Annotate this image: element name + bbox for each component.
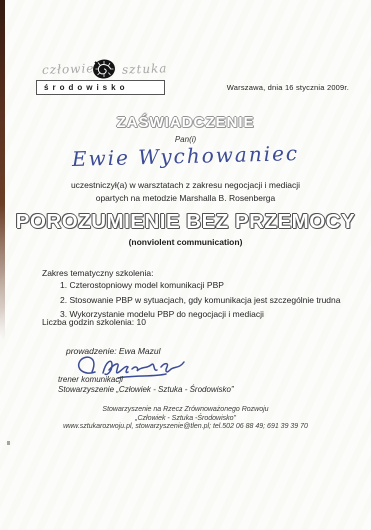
hours-line: Liczba godzin szkolenia: 10: [42, 317, 146, 327]
footer-line-3: www.sztukarozwoju.pl, stowarzyszenie@tle…: [0, 423, 371, 432]
logo-srodowisko-box: środowisko: [36, 80, 165, 95]
logo-box-label: środowisko: [37, 83, 128, 92]
scan-speck-artifact: [7, 441, 10, 445]
certificate-title: ZAŚWIADCZENIE: [0, 114, 371, 131]
spiral-shell-icon: [91, 56, 117, 80]
topic-item-1: 1. Czterostopniowy model komunikacji PBP: [60, 280, 341, 290]
program-title: POROZUMIENIE BEZ PRZEMOCY: [0, 210, 371, 234]
footer-line-2: „Człowiek - Sztuka -Środowisko”: [0, 415, 371, 424]
program-subtitle: (nonviolent communication): [0, 237, 371, 247]
topics-heading: Zakres tematyczny szkolenia:: [42, 268, 153, 278]
body-line-2: opartych na metodzie Marshalla B. Rosenb…: [0, 193, 371, 203]
date-line: Warszawa, dnia 16 stycznia 2009r.: [227, 83, 349, 92]
topic-item-2: 2. Stosowanie PBP w sytuacjach, gdy komu…: [60, 295, 341, 305]
footer: Stowarzyszenie na Rzecz Zrównoważonego R…: [0, 406, 371, 432]
association-logo: człowiek sztuka środowisko: [34, 56, 184, 96]
organization-line: Stowarzyszenie „Człowiek - Sztuka - Środ…: [58, 385, 234, 394]
footer-line-1: Stowarzyszenie na Rzecz Zrównoważonego R…: [0, 406, 371, 415]
scanned-certificate-page: człowiek sztuka środowisko Warszawa, dni…: [0, 0, 371, 530]
logo-word-sztuka: sztuka: [122, 61, 168, 77]
recipient-handwritten-name: Ewie Wychowaniec: [0, 139, 371, 173]
body-line-1: uczestniczył(a) w warsztatach z zakresu …: [0, 180, 371, 190]
trainer-role-line: trener komunikacji: [58, 375, 123, 384]
